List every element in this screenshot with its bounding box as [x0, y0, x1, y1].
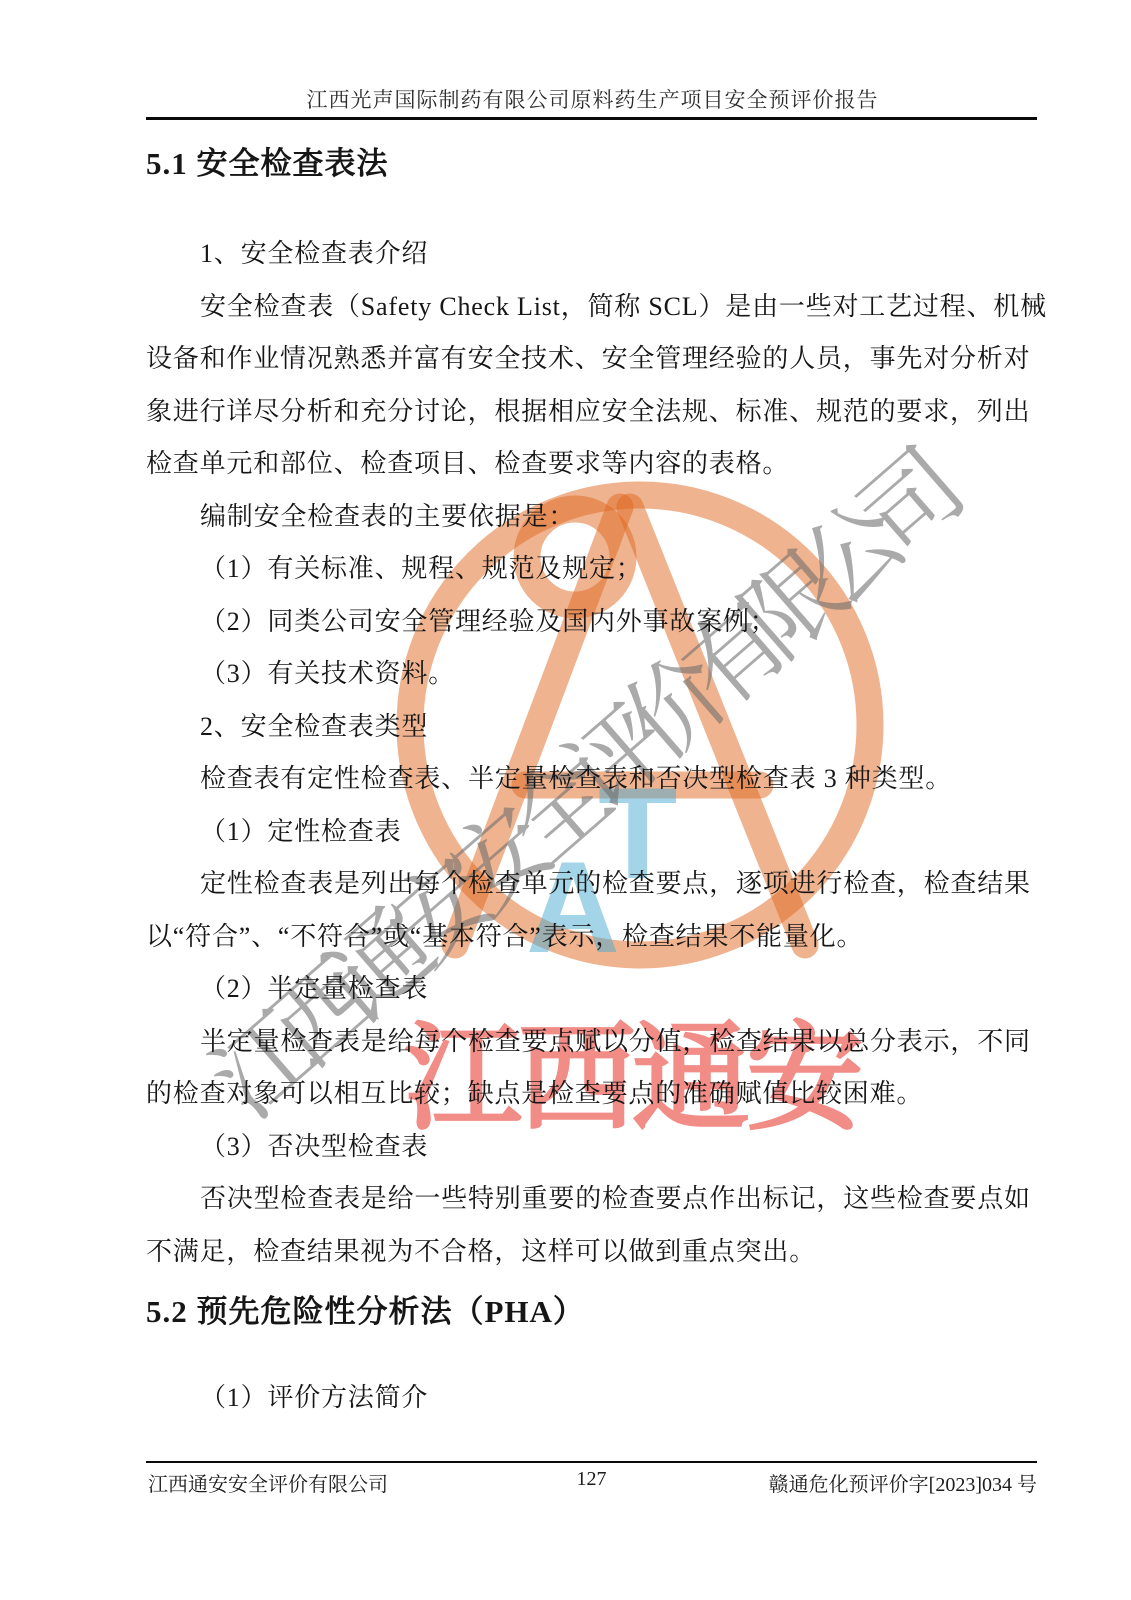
- page-content: 江西光声国际制药有限公司原料药生产项目安全预评价报告 5.1 安全检查表法 1、…: [0, 0, 1131, 1600]
- text-line: （2）同类公司安全管理经验及国内外事故案例；: [146, 596, 1038, 649]
- footer-doc-number: 赣通危化预评价字[2023]034 号: [769, 1468, 1037, 1497]
- page-header-title: 江西光声国际制药有限公司原料药生产项目安全预评价报告: [148, 84, 1037, 114]
- text-line: 检查表有定性检查表、半定量检查表和否决型检查表 3 种类型。: [146, 753, 1038, 806]
- footer-company: 江西通安安全评价有限公司: [148, 1468, 388, 1497]
- footer-page-number: 127: [577, 1468, 607, 1491]
- text-line: 象进行详尽分析和充分讨论，根据相应安全法规、标准、规范的要求，列出: [146, 386, 1038, 439]
- text-line: （1）有关标准、规程、规范及规定；: [146, 543, 1038, 596]
- text-line: （2）半定量检查表: [146, 963, 1038, 1016]
- text-line: 的检查对象可以相互比较；缺点是检查要点的准确赋值比较困难。: [146, 1068, 1038, 1121]
- text-line: （1）评价方法简介: [146, 1372, 1038, 1425]
- text-line: 定性检查表是列出每个检查单元的检查要点，逐项进行检查，检查结果: [146, 858, 1038, 911]
- text-line: 不满足，检查结果视为不合格，这样可以做到重点突出。: [146, 1226, 1038, 1279]
- text-line: 以“符合”、“不符合”或“基本符合”表示，检查结果不能量化。: [146, 911, 1038, 964]
- text-line: 否决型检查表是给一些特别重要的检查要点作出标记，这些检查要点如: [146, 1173, 1038, 1226]
- text-line: 安全检查表（Safety Check List，简称 SCL）是由一些对工艺过程…: [146, 281, 1038, 334]
- section-5-2-heading: 5.2 预先危险性分析法（PHA）: [146, 1286, 585, 1331]
- report-page: T A 江西通安安全评价有限公司 江西通安 江西光声国际制药有限公司原料药生产项…: [0, 0, 1131, 1600]
- header-rule: [146, 117, 1037, 120]
- body-lines-section-5-1: 1、安全检查表介绍安全检查表（Safety Check List，简称 SCL）…: [146, 228, 1038, 1278]
- section-5-1-heading: 5.1 安全检查表法: [146, 138, 389, 183]
- body-lines-section-5-2: （1）评价方法简介: [146, 1372, 1038, 1425]
- text-line: （3）有关技术资料。: [146, 648, 1038, 701]
- footer-rule: [146, 1461, 1037, 1463]
- text-line: 检查单元和部位、检查项目、检查要求等内容的表格。: [146, 438, 1038, 491]
- text-line: 编制安全检查表的主要依据是：: [146, 491, 1038, 544]
- text-line: 半定量检查表是给每个检查要点赋以分值，检查结果以总分表示，不同: [146, 1016, 1038, 1069]
- text-line: （3）否决型检查表: [146, 1121, 1038, 1174]
- text-line: 设备和作业情况熟悉并富有安全技术、安全管理经验的人员，事先对分析对: [146, 333, 1038, 386]
- text-line: 1、安全检查表介绍: [146, 228, 1038, 281]
- text-line: 2、安全检查表类型: [146, 701, 1038, 754]
- text-line: （1）定性检查表: [146, 806, 1038, 859]
